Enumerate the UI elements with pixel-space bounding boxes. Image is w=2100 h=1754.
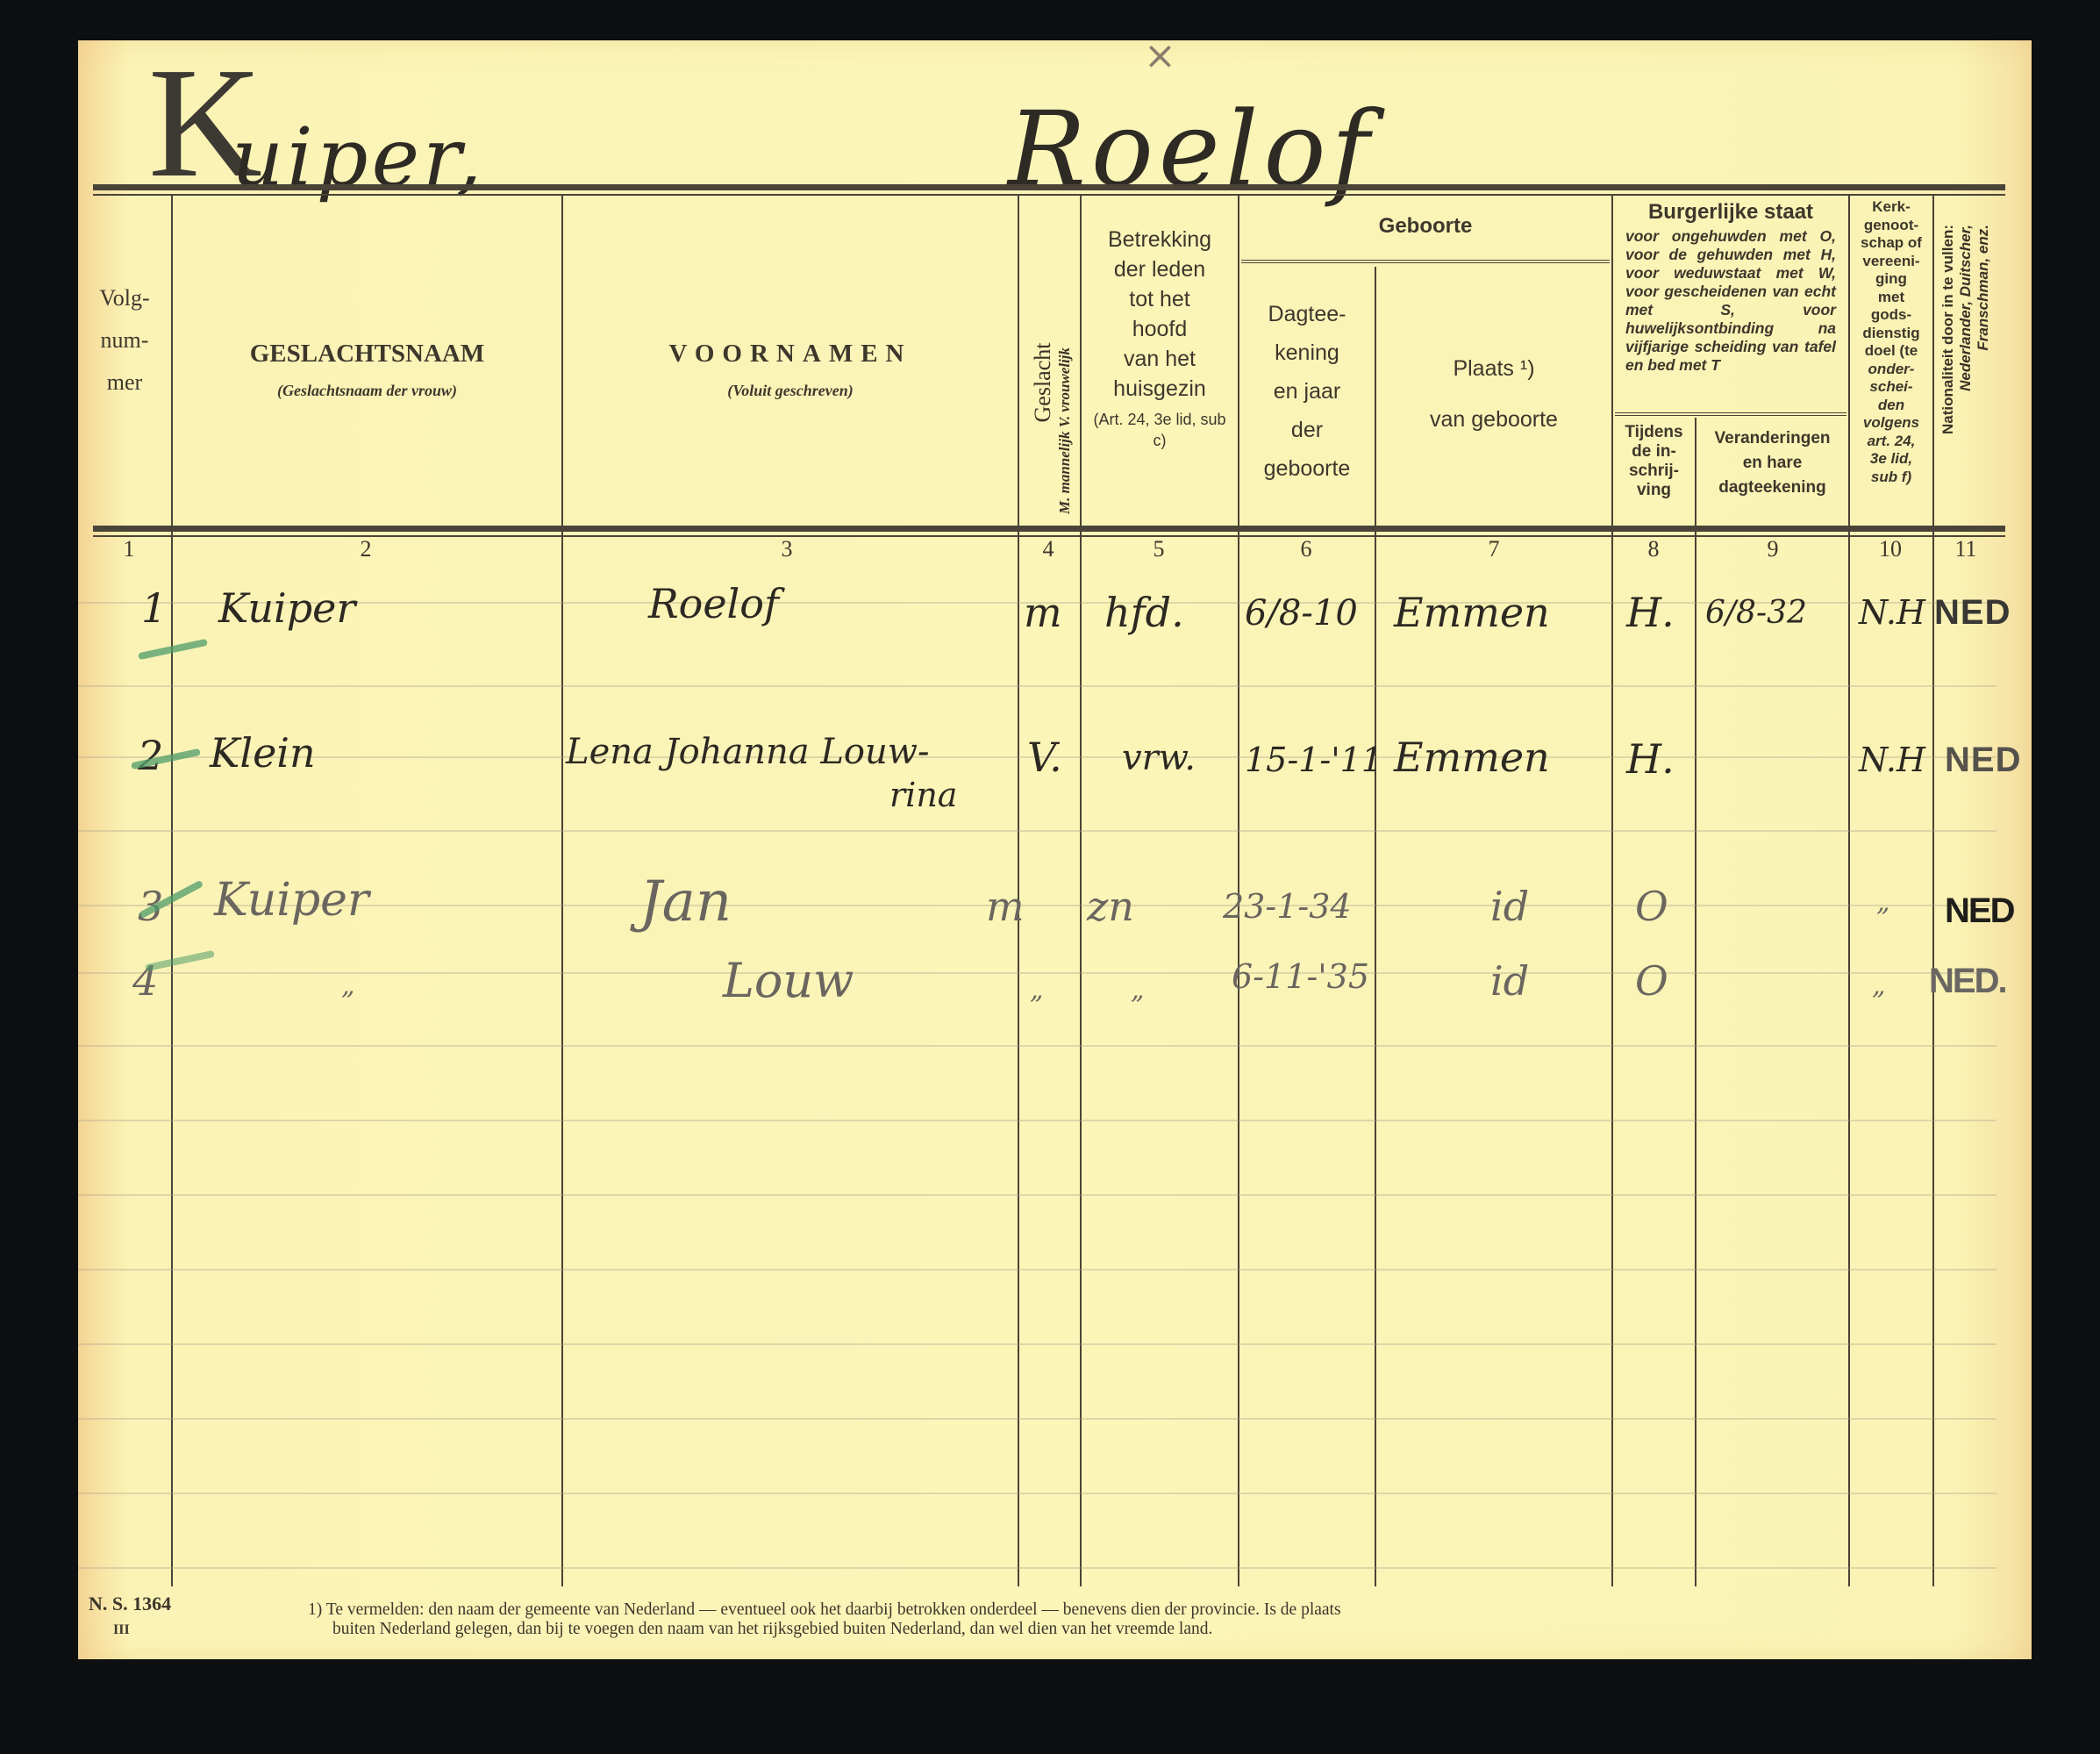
church-cell: N.H bbox=[1859, 593, 1925, 632]
ruled-line bbox=[78, 1493, 1996, 1494]
header-nationaliteit-line2: Nederlander, Duitscher, bbox=[1957, 225, 1975, 514]
header-volgnummer-line: num- bbox=[78, 319, 171, 362]
surname-cell: „ bbox=[341, 970, 355, 1001]
surname-cell: Kuiper bbox=[218, 584, 355, 632]
church-cell: „ bbox=[1872, 970, 1886, 1001]
header-kerk-line: 3e lid, bbox=[1850, 450, 1932, 469]
birth-date-cell: 6-11-'35 bbox=[1232, 957, 1369, 996]
header-kerk-line: onder- bbox=[1850, 361, 1932, 379]
header-dagteekening-line: kening bbox=[1239, 333, 1375, 372]
header-geboorte: Geboorte bbox=[1239, 214, 1611, 240]
header-geslacht: Geslacht M. mannelijk V. vrouwelijk bbox=[1030, 251, 1074, 514]
header-kerk-line: sub f) bbox=[1850, 469, 1932, 487]
header-betrekking-line: Betrekking bbox=[1082, 225, 1238, 254]
header-kerk-line: schei- bbox=[1850, 378, 1932, 397]
header-tijdens-line: de in- bbox=[1613, 442, 1695, 462]
col-number-2: 2 bbox=[339, 536, 392, 562]
header-volgnummer-line: Volg- bbox=[78, 277, 171, 319]
col-number-4: 4 bbox=[1022, 536, 1075, 562]
header-betrekking-line: der leden bbox=[1082, 254, 1238, 284]
header-dagteekening-line: geboorte bbox=[1239, 449, 1375, 488]
header-voornamen-title: VOORNAMEN bbox=[563, 339, 1018, 369]
surname-cell: Kuiper bbox=[214, 874, 369, 927]
check-mark-icon bbox=[138, 639, 208, 660]
header-nationaliteit: Nationaliteit door in te vullen: Nederla… bbox=[1939, 225, 1992, 514]
sex-cell: m bbox=[1024, 589, 1062, 636]
header-betrekking-line: tot het bbox=[1082, 284, 1238, 314]
title-rule bbox=[93, 184, 2005, 190]
ruled-line bbox=[78, 1343, 1996, 1345]
header-kerk-line: gods- bbox=[1850, 306, 1932, 325]
header-veranderingen-line: Veranderingen bbox=[1696, 426, 1848, 451]
birth-place-cell: Emmen bbox=[1394, 589, 1550, 636]
col-number-1: 1 bbox=[103, 536, 155, 562]
col-number-10: 10 bbox=[1864, 536, 1917, 562]
row-number: 2 bbox=[138, 732, 163, 779]
relation-cell: zn bbox=[1087, 883, 1134, 930]
header-geslacht-title: Geslacht bbox=[1030, 251, 1056, 514]
sex-cell: m bbox=[986, 883, 1025, 930]
header-kerk-line: Kerk- bbox=[1850, 198, 1932, 217]
header-nationaliteit-line1: Nationaliteit door in te vullen: bbox=[1939, 225, 1957, 514]
header-kerk-line: schap of bbox=[1850, 234, 1932, 253]
header-geslacht-subtitle: M. mannelijk V. vrouwelijk bbox=[1056, 251, 1074, 514]
header-kerk-line: ging bbox=[1850, 270, 1932, 289]
row-number: 1 bbox=[141, 584, 167, 632]
given-name-cell: Lena Johanna Louw- bbox=[566, 732, 930, 772]
given-name-cell: Roelof bbox=[648, 580, 779, 627]
birth-place-cell: Emmen bbox=[1394, 734, 1550, 781]
ruled-line bbox=[78, 1567, 1996, 1569]
given-name-continued-cell: rina bbox=[889, 776, 957, 814]
header-kerk-line: den bbox=[1850, 397, 1932, 415]
col-number-5: 5 bbox=[1132, 536, 1185, 562]
ruled-line bbox=[78, 1418, 1996, 1420]
header-kerk-line: vereeni- bbox=[1850, 253, 1932, 271]
header-voornamen-subtitle: (Voluit geschreven) bbox=[563, 382, 1018, 401]
footnote-line1: 1) Te vermelden: den naam der gemeente v… bbox=[308, 1600, 1939, 1620]
header-voornamen: VOORNAMEN (Voluit geschreven) bbox=[563, 339, 1018, 400]
change-date-cell: 6/8-32 bbox=[1705, 595, 1807, 631]
sex-cell: „ bbox=[1030, 975, 1044, 1006]
header-veranderingen-line: dagteekening bbox=[1696, 476, 1848, 500]
registration-card: K uiper, Roelof × Volg- num- mer 1 GESLA… bbox=[78, 40, 2032, 1659]
church-cell: „ bbox=[1876, 887, 1890, 918]
nationality-stamp: NED. bbox=[1929, 962, 2006, 1001]
header-tijdens-line: Tijdens bbox=[1613, 423, 1695, 442]
header-kerk-line: doel (te bbox=[1850, 342, 1932, 361]
header-plaats-line1: Plaats ¹) bbox=[1376, 343, 1611, 394]
header-kerk-line: volgens bbox=[1850, 414, 1932, 433]
civil-status-cell: H. bbox=[1626, 589, 1675, 636]
col-divider-2 bbox=[561, 195, 563, 1586]
ruled-line bbox=[78, 830, 1996, 832]
col-number-7: 7 bbox=[1468, 536, 1520, 562]
given-name-cell: Jan bbox=[639, 870, 732, 934]
header-dagteekening-line: en jaar bbox=[1239, 372, 1375, 411]
col-number-8: 8 bbox=[1627, 536, 1680, 562]
header-kerk-line: met bbox=[1850, 289, 1932, 307]
header-nationaliteit-line3: Franschman, enz. bbox=[1975, 225, 1992, 514]
header-dagteekening-line: Dagtee- bbox=[1239, 295, 1375, 333]
relation-cell: „ bbox=[1131, 975, 1145, 1006]
footnote: 1) Te vermelden: den naam der gemeente v… bbox=[308, 1600, 1939, 1639]
nationality-stamp: NED bbox=[1945, 891, 2013, 931]
header-betrekking-line: huisgezin bbox=[1082, 374, 1238, 404]
geboorte-subrule bbox=[1241, 260, 1610, 263]
header-burgerlijke-title: Burgerlijke staat bbox=[1615, 200, 1846, 226]
relation-cell: hfd. bbox=[1104, 589, 1184, 636]
civil-status-cell: H. bbox=[1626, 735, 1675, 783]
header-kerk-line: art. 24, bbox=[1850, 433, 1932, 451]
given-name-cell: Louw bbox=[723, 953, 854, 1008]
header-geslachtsnaam-subtitle: (Geslachtsnaam der vrouw) bbox=[173, 382, 561, 401]
birth-date-cell: 6/8-10 bbox=[1245, 593, 1358, 634]
header-burgerlijke-text: voor ongehuwden met O, voor de gehuwden … bbox=[1615, 226, 1846, 375]
col-divider-8 bbox=[1695, 418, 1696, 1586]
ruled-line bbox=[78, 685, 1996, 687]
col-divider-6 bbox=[1375, 267, 1376, 1586]
footnote-line2: buiten Nederland gelegen, dan bij te voe… bbox=[308, 1620, 1939, 1639]
col-divider-7 bbox=[1611, 195, 1613, 1586]
header-betrekking-note: (Art. 24, 3e lid, sub c) bbox=[1082, 409, 1238, 451]
header-geslachtsnaam-title: GESLACHTSNAAM bbox=[173, 339, 561, 369]
header-kerkgenootschap: Kerk- genoot- schap of vereeni- ging met… bbox=[1850, 198, 1932, 486]
ruled-line bbox=[78, 1045, 1996, 1047]
col-divider-10 bbox=[1932, 195, 1934, 1586]
burgerlijke-subrule bbox=[1615, 412, 1846, 416]
header-dagteekening: Dagtee- kening en jaar der geboorte bbox=[1239, 295, 1375, 488]
header-tijdens-line: schrij- bbox=[1613, 462, 1695, 481]
title-given-name-handwritten: Roelof bbox=[1008, 89, 1375, 210]
birth-place-cell: id bbox=[1490, 883, 1529, 930]
relation-cell: vrw. bbox=[1122, 738, 1196, 778]
pencil-cross-mark: × bbox=[1144, 33, 1176, 78]
birth-date-cell: 15-1-'11 bbox=[1245, 741, 1382, 779]
header-betrekking-line: van het bbox=[1082, 344, 1238, 374]
col-divider-1 bbox=[171, 195, 173, 1586]
nationality-stamp: NED bbox=[1934, 593, 2011, 633]
col-number-3: 3 bbox=[761, 536, 813, 562]
col-number-11: 11 bbox=[1939, 536, 1992, 562]
col-number-9: 9 bbox=[1746, 536, 1799, 562]
header-dagteekening-line: der bbox=[1239, 411, 1375, 449]
ruled-line bbox=[78, 1120, 1996, 1121]
header-plaats-line2: van geboorte bbox=[1376, 394, 1611, 445]
header-kerk-line: genoot- bbox=[1850, 217, 1932, 235]
header-burgerlijke-staat: Burgerlijke staat voor ongehuwden met O,… bbox=[1615, 200, 1846, 375]
header-kerk-line: dienstig bbox=[1850, 325, 1932, 343]
header-betrekking-line: hoofd bbox=[1082, 314, 1238, 344]
form-id: N. S. 1364 bbox=[89, 1593, 171, 1614]
header-bottom-rule bbox=[93, 526, 2005, 532]
ruled-line bbox=[78, 1194, 1996, 1196]
header-geslachtsnaam: GESLACHTSNAAM (Geslachtsnaam der vrouw) bbox=[173, 339, 561, 400]
birth-date-cell: 23-1-34 bbox=[1223, 887, 1352, 926]
header-volgnummer: Volg- num- mer bbox=[78, 277, 171, 404]
church-cell: N.H bbox=[1859, 741, 1925, 779]
sex-cell: V. bbox=[1027, 734, 1062, 781]
header-plaats: Plaats ¹) van geboorte bbox=[1376, 343, 1611, 445]
ruled-line bbox=[78, 972, 1996, 974]
header-volgnummer-line: mer bbox=[78, 362, 171, 404]
birth-place-cell: id bbox=[1490, 957, 1529, 1005]
form-number: N. S. 1364 bbox=[89, 1593, 171, 1614]
header-veranderingen: Veranderingen en hare dagteekening bbox=[1696, 426, 1848, 500]
ruled-line bbox=[78, 1269, 1996, 1271]
nationality-stamp: NED bbox=[1945, 741, 2021, 780]
form-sub: III bbox=[113, 1620, 130, 1641]
civil-status-cell: O bbox=[1635, 957, 1668, 1005]
header-tijdens-line: ving bbox=[1613, 481, 1695, 500]
surname-cell: Klein bbox=[210, 729, 316, 777]
header-betrekking: Betrekking der leden tot het hoofd van h… bbox=[1082, 225, 1238, 451]
header-veranderingen-line: en hare bbox=[1696, 451, 1848, 476]
civil-status-cell: O bbox=[1635, 883, 1668, 930]
header-tijdens-inschrijving: Tijdens de in- schrij- ving bbox=[1613, 423, 1695, 500]
col-number-6: 6 bbox=[1280, 536, 1332, 562]
